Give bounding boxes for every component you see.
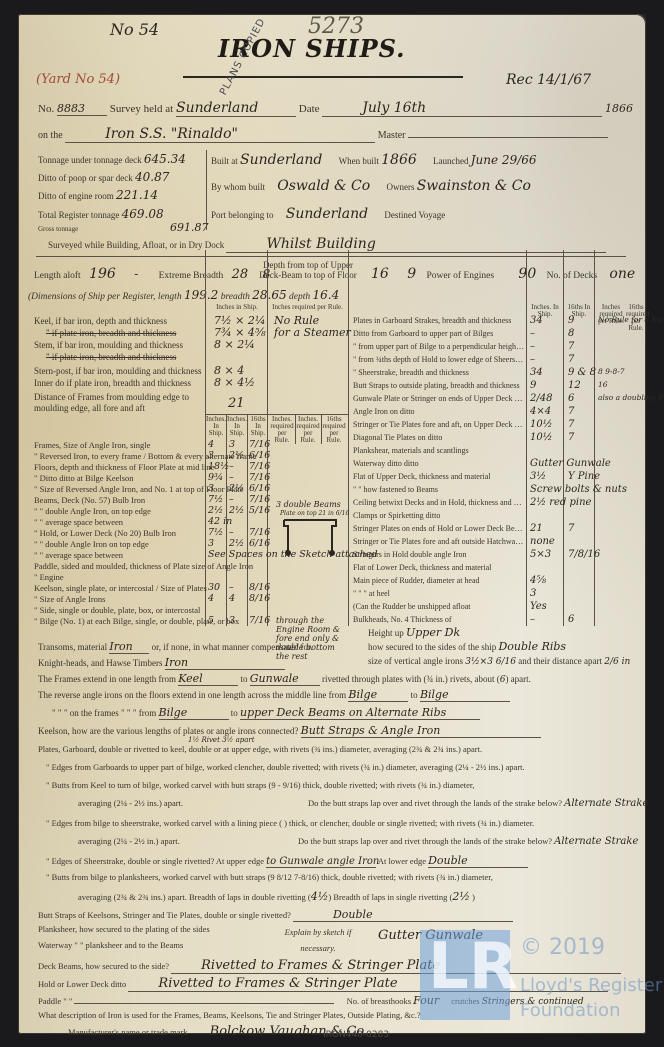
right-row-label: Angle Iron on ditto (353, 407, 525, 416)
dimensions-row: Length aloft 196 - Extreme Breadth 28 8 (34, 266, 276, 282)
right-row-value: 34 (530, 315, 543, 326)
frames-row-value: 6/16 (249, 483, 270, 494)
right-row-label: Stringer or Tie Plates fore and aft, on … (353, 420, 525, 429)
bulkhead-securing: Double Ribs (498, 640, 566, 653)
edges-bilge-riveting: " Edges from bilge to sheerstrake, worke… (46, 818, 534, 828)
frames-row-value: 2½ (229, 483, 244, 494)
edges-garboard-riveting: " Edges from Garboards to upper part of … (46, 762, 525, 772)
revision-note: Rec 14/1/67 (506, 72, 591, 88)
sheerstrake-upper-edge: to Gunwale angle Iron (266, 856, 376, 868)
survey-date: July 16th (322, 100, 602, 117)
reverse-frames-from: Bilge (159, 706, 229, 720)
survey-number: 8883 (57, 102, 107, 116)
frames-to: Gunwale (250, 672, 320, 686)
right-row-value: 21 (530, 523, 543, 534)
sheerstrake-lower-edge: Double (428, 854, 528, 868)
reverse-frames-to: upper Deck Beams on Alternate Ribs (240, 706, 480, 720)
survey-year: 1866 (605, 102, 633, 115)
right-row-value: 16 (598, 380, 608, 389)
right-row-label: " " how fastened to Beams (353, 485, 525, 494)
butts-keel-riveting: " Butts from Keel to turn of bilge, work… (46, 780, 475, 790)
right-row-value: Gutter Gunwale (530, 458, 611, 469)
frames-row-label: " Engine (34, 572, 64, 582)
frames-row-label: " " double Angle Iron on top edge (34, 539, 149, 549)
frames-row-label: Frames, Size of Angle Iron, single (34, 440, 150, 450)
frames-row-value: – (229, 472, 234, 483)
right-row-value: 10½ (530, 419, 552, 430)
frames-row-label: " Hold, or Lower Deck (No 20) Bulb Iron (34, 528, 176, 538)
frames-row-label: " Side, single or double, plate, box, or… (34, 605, 200, 615)
right-row-value: 4×4 (530, 406, 551, 417)
single-lap-breadth: 2½ (452, 890, 470, 903)
right-row-label: " " " at heel (353, 589, 525, 598)
launched-date: June 29/66 (471, 153, 537, 167)
right-row-label: Main piece of Rudder, diameter at head (353, 576, 525, 585)
frames-row-value: – (229, 461, 234, 472)
survey-location: Sunderland (176, 100, 296, 117)
when-built: 1866 (381, 152, 417, 168)
right-row-label: Bulkheads, No. 4 Thickness of (353, 615, 525, 624)
frames-row-value: 2½ (229, 450, 244, 461)
right-row-label: Stringers in Hold double angle Iron (353, 550, 525, 559)
frames-row-value: 7/16 (249, 527, 270, 538)
right-row-label: Stringer or Tie Plates fore and aft outs… (353, 537, 525, 546)
frames-row-label: " Ditto ditto at Bilge Keelson (34, 473, 134, 483)
right-row-value: 4⅝ (530, 575, 546, 586)
deck-beams-securing: Rivetted to Frames & Stringer Plate (171, 958, 621, 974)
frames-row-value: 8/16 (249, 593, 270, 604)
butt-straps-riveting: Double (293, 908, 513, 922)
watermark-org-line1: Lloyd's Register (520, 975, 662, 996)
right-row-value: 7 (568, 354, 574, 365)
right-row-label: Diagonal Tie Plates on ditto (353, 433, 525, 442)
frames-row-value: 4 (208, 593, 214, 604)
right-row-label: Plankshear, materials and scantlings (353, 446, 525, 455)
ship-row: on the Iron S.S. "Rinaldo" Master (38, 126, 608, 143)
right-row-value: 7 (568, 341, 574, 352)
right-row-value: none (530, 536, 555, 547)
right-row-label: (Can the Rudder be unshipped afloat (353, 602, 525, 611)
right-row-value: 6 (568, 393, 574, 404)
frames-row-value: 2½ (229, 538, 244, 549)
watermark-org-line2: Foundation (520, 1000, 620, 1021)
frames-row-value: 3 (208, 450, 214, 461)
register-length: 199.2 (184, 288, 218, 302)
frames-row-value: – (229, 582, 234, 593)
right-row-value: – (530, 614, 535, 625)
right-row-value: 6 (568, 614, 574, 625)
frames-row-value: 2½ (208, 505, 223, 516)
right-row-value: 3 (530, 588, 536, 599)
right-row-value: 8 (568, 328, 574, 339)
frames-row-value: 7/16 (249, 439, 270, 450)
right-row-value: Screw bolts & nuts (530, 484, 627, 495)
right-row-value: 8 9-8-7 (598, 367, 625, 376)
right-row-value: – (530, 354, 535, 365)
ship-name: Iron S.S. "Rinaldo" (65, 126, 375, 143)
frames-row-label: Paddle, sided and moulded, thickness of … (34, 561, 253, 571)
right-row-label: Flat of Lower Deck, thickness and materi… (353, 563, 525, 572)
angle-iron-distance: 2/6 in (604, 657, 630, 667)
right-row-value: – (530, 341, 535, 352)
right-row-value: 12 (568, 380, 581, 391)
register-depth: 16.4 (312, 288, 339, 302)
depth-feet: 16 (363, 266, 397, 282)
right-row-label: Flat of Upper Deck, thickness and materi… (353, 472, 525, 481)
right-row-value: 10½ (530, 432, 552, 443)
reverse-floors-to: Bilge (420, 688, 510, 702)
knight-heads-material: Iron (165, 656, 285, 670)
right-row-value: 7 (568, 406, 574, 417)
frames-row-value: 30 (208, 582, 220, 593)
total-register-tonnage: 469.08 (122, 207, 164, 221)
edges-bilge-lap: Alternate Strake (554, 836, 638, 847)
frames-row-value: 7/16 (249, 615, 270, 626)
right-row-value: 7/8/16 (568, 549, 600, 560)
right-row-label: Clamps or Spirketting ditto (353, 511, 525, 520)
frames-row-label: " " average space between (34, 550, 123, 560)
frames-row-value: 7½ (208, 494, 223, 505)
stem-ship: 8 × 2¼ (214, 338, 255, 351)
vertical-angle-irons: 3½×3 6/16 (465, 657, 516, 667)
extreme-breadth: 28 (226, 267, 255, 282)
survey-document: No 54 5273 IRON SHIPS. (Yard No 54) Rec … (18, 14, 646, 1034)
right-row-value: 2½ red pine (530, 497, 591, 508)
survey-condition: Whilst Building (226, 236, 606, 253)
frames-row-label: Beams, Deck (No. 57) Bulb Iron (34, 495, 145, 505)
double-lap-breadth: 4½ (311, 890, 329, 903)
right-row-value: 9 (530, 380, 536, 391)
depth-inches: 9 (399, 266, 424, 282)
lr-logo-icon: LR (420, 930, 510, 1020)
right-row-value: Yes (530, 601, 547, 612)
frames-row-value: 3 (208, 483, 214, 494)
inner-sternpost-ship: 8 × 4½ (214, 376, 255, 389)
butts-keel-lap: Alternate Strake (564, 798, 648, 809)
archive-reference: IRON440-0283 (323, 1030, 389, 1040)
frames-from: Keel (178, 672, 238, 686)
frames-row-label: " Reversed Iron, to every frame / Bottom… (34, 451, 257, 461)
bulkhead-height: Upper Dk (406, 626, 460, 639)
survey-row: No. 8883 Survey held at Sunderland Date … (38, 100, 633, 117)
register-breadth: 28.65 (252, 288, 286, 302)
frames-row-label: " Size of Angle Irons (34, 594, 105, 604)
right-row-value: Y Pine (568, 471, 600, 482)
frames-row-label: " " double Angle Iron, on top edge (34, 506, 151, 516)
frames-row-value: 4 (229, 593, 235, 604)
right-row-value: 3½ (530, 471, 546, 482)
sketch-title: 3 double Beams (276, 500, 341, 509)
right-row-value: 7 (568, 419, 574, 430)
frames-row-value: 7/16 (249, 494, 270, 505)
right-row-label: Plates in Garboard Strakes, breadth and … (353, 316, 525, 325)
right-row-label: Ditto from Garboard to upper part of Bil… (353, 329, 525, 338)
yard-number: (Yard No 54) (36, 72, 120, 87)
frames-row-value: 7/16 (249, 472, 270, 483)
number-tag: No 54 (110, 20, 159, 39)
frames-row-value: 6/16 (249, 538, 270, 549)
tonnage-under-deck: 645.34 (144, 152, 186, 166)
keelson-connection: Butt Straps & Angle Iron (301, 724, 541, 738)
builder: Oswald & Co (267, 178, 370, 194)
frames-row-value: 3 (229, 615, 235, 626)
frames-row-value: 7/16 (249, 461, 270, 472)
engine-room-note: through the Engine Room & fore end only … (276, 616, 348, 661)
right-row-value: 9 (568, 315, 574, 326)
frames-row-value: – (229, 494, 234, 505)
right-row-value: 5×3 (530, 549, 551, 560)
right-row-value: also a doubling Plate 10 × 7/16 in Midsh… (598, 393, 664, 402)
paddle-field (74, 1003, 334, 1004)
right-row-label: Ceiling betwixt Decks and in Hold, thick… (353, 498, 525, 507)
right-row-label: Waterway ditto ditto (353, 459, 525, 468)
frames-row-value: 18½ (208, 461, 229, 472)
transoms-material: Iron (109, 640, 149, 654)
frames-row-label: Floors, depth and thickness of Floor Pla… (34, 462, 214, 472)
frames-row-value: 42 in (208, 516, 232, 527)
right-row-label: " from ¾ths depth of Hold to lower edge … (353, 355, 525, 364)
frames-row-value: – (229, 527, 234, 538)
frames-row-value: 8/16 (249, 582, 270, 593)
built-at: Sunderland (240, 152, 322, 168)
frames-row-label: Keelson, single plate, or intercostal / … (34, 583, 207, 593)
reverse-floors-from: Bilge (348, 688, 408, 702)
frames-row-value: 6/16 (249, 450, 270, 461)
frames-row-value: 3 (208, 538, 214, 549)
right-row-label: Stringer Plates on ends of Hold or Lower… (353, 524, 525, 533)
right-row-label: Butt Straps to outside plating, breadth … (353, 381, 525, 390)
frames-row-value: 7½ (208, 527, 223, 538)
right-row-value: 7 (568, 432, 574, 443)
right-row-value: 7 (568, 523, 574, 534)
depth-label: Depth from top of Upper Deck-Beam to top… (258, 260, 358, 280)
tonnage-engine-room: 221.14 (116, 188, 158, 202)
frames-row-value: 4 (208, 439, 214, 450)
right-row-value: 2/48 (530, 393, 552, 404)
frames-row-value: 5 (208, 615, 214, 626)
frame-spacing: 21 (228, 396, 245, 411)
frames-row-value: 3 (229, 439, 235, 450)
right-row-value: No Rule for a Steamer (598, 315, 664, 324)
right-row-value: – (530, 328, 535, 339)
right-row-value: 34 (530, 367, 543, 378)
butts-plank-riveting: " Butts from bilge to planksheers, worke… (46, 872, 493, 882)
garboard-riveting: Plates, Garboard, double or rivetted to … (38, 744, 482, 754)
right-row-label: Gunwale Plate or Stringer on ends of Upp… (353, 394, 525, 403)
engine-power: 90 (496, 266, 544, 282)
number-of-decks: one (599, 266, 635, 282)
beam-sketch-icon (280, 518, 340, 558)
owners: Swainston & Co (417, 178, 531, 194)
tonnage-poop: 40.87 (135, 170, 169, 184)
port-belonging: Sunderland (276, 206, 368, 222)
right-row-value: 9 & 8 (568, 367, 596, 378)
length-aloft: 196 (83, 266, 122, 282)
right-row-label: " from upper part of Bilge to a perpendi… (353, 342, 525, 351)
frames-row-value: 9¾ (208, 472, 223, 483)
right-row-label: " Sheerstrake, breadth and thickness (353, 368, 525, 377)
gross-tonnage: 691.87 (80, 221, 209, 234)
master-field (408, 137, 608, 138)
watermark-copyright: © 2019 (520, 935, 605, 960)
frames-row-value: 5/16 (249, 505, 270, 516)
frames-row-label: " " average space between (34, 517, 123, 527)
keel-plate-rule: for a Steamer (274, 326, 351, 339)
frames-row-value: 2½ (229, 505, 244, 516)
